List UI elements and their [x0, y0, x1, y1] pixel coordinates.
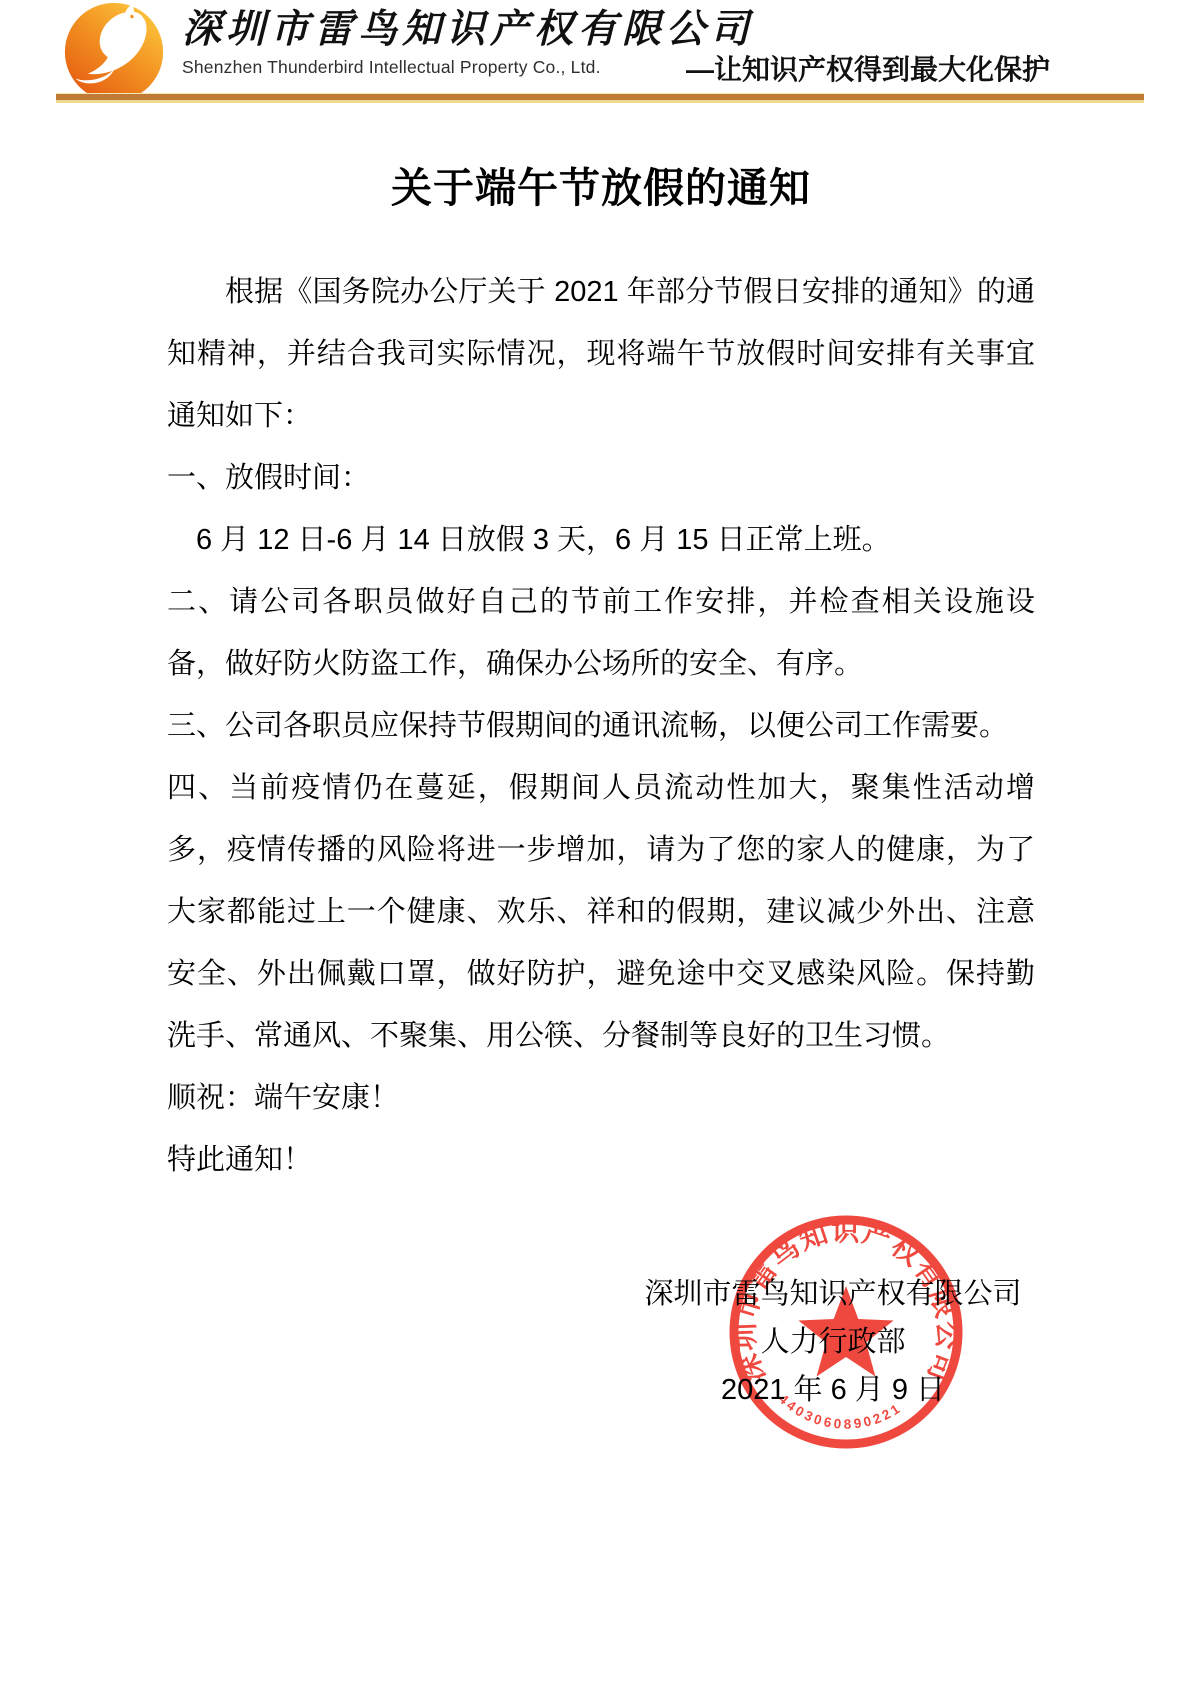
header-divider-rule [56, 93, 1144, 103]
letterhead: 深圳市雷鸟知识产权有限公司 Shenzhen Thunderbird Intel… [56, 0, 1144, 103]
notice-document-page: 深圳市雷鸟知识产权有限公司 Shenzhen Thunderbird Intel… [0, 0, 1200, 1697]
thunderbird-logo-icon [62, 1, 166, 103]
svg-text:4403060890221: 4403060890221 [776, 1391, 905, 1432]
paragraph-intro: 根据《国务院办公厅关于 2021 年部分节假日安排的通知》的通知精神，并结合我司… [167, 261, 1035, 447]
notice-title: 关于端午节放假的通知 [167, 155, 1035, 214]
seal-serial-number: 4403060890221 [776, 1391, 905, 1432]
notice-body: 根据《国务院办公厅关于 2021 年部分节假日安排的通知》的通知精神，并结合我司… [167, 261, 1035, 1191]
section4-paragraph: 四、当前疫情仍在蔓延，假期间人员流动性加大，聚集性活动增多，疫情传播的风险将进一… [167, 757, 1035, 1067]
company-name-en: Shenzhen Thunderbird Intellectual Proper… [182, 56, 754, 78]
section1-heading: 一、放假时间： [167, 447, 1035, 509]
wish-line: 顺祝：端午安康！ [167, 1067, 1035, 1129]
company-seal-stamp: 深圳市雷鸟知识产权有限公司 4403060890221 [726, 1212, 966, 1452]
company-names: 深圳市雷鸟知识产权有限公司 Shenzhen Thunderbird Intel… [182, 5, 754, 78]
section3-paragraph: 三、公司各职员应保持节假期间的通讯流畅，以便公司工作需要。 [167, 695, 1035, 757]
section2-paragraph: 二、请公司各职员做好自己的节前工作安排，并检查相关设施设备，做好防火防盗工作，确… [167, 571, 1035, 695]
closing-line: 特此通知！ [167, 1129, 1035, 1191]
seal-star-icon [798, 1286, 893, 1377]
company-name-zh: 深圳市雷鸟知识产权有限公司 [182, 5, 754, 53]
company-tagline: —让知识产权得到最大化保护 [686, 48, 1050, 88]
section1-detail: 6 月 12 日-6 月 14 日放假 3 天，6 月 15 日正常上班。 [167, 509, 1035, 571]
